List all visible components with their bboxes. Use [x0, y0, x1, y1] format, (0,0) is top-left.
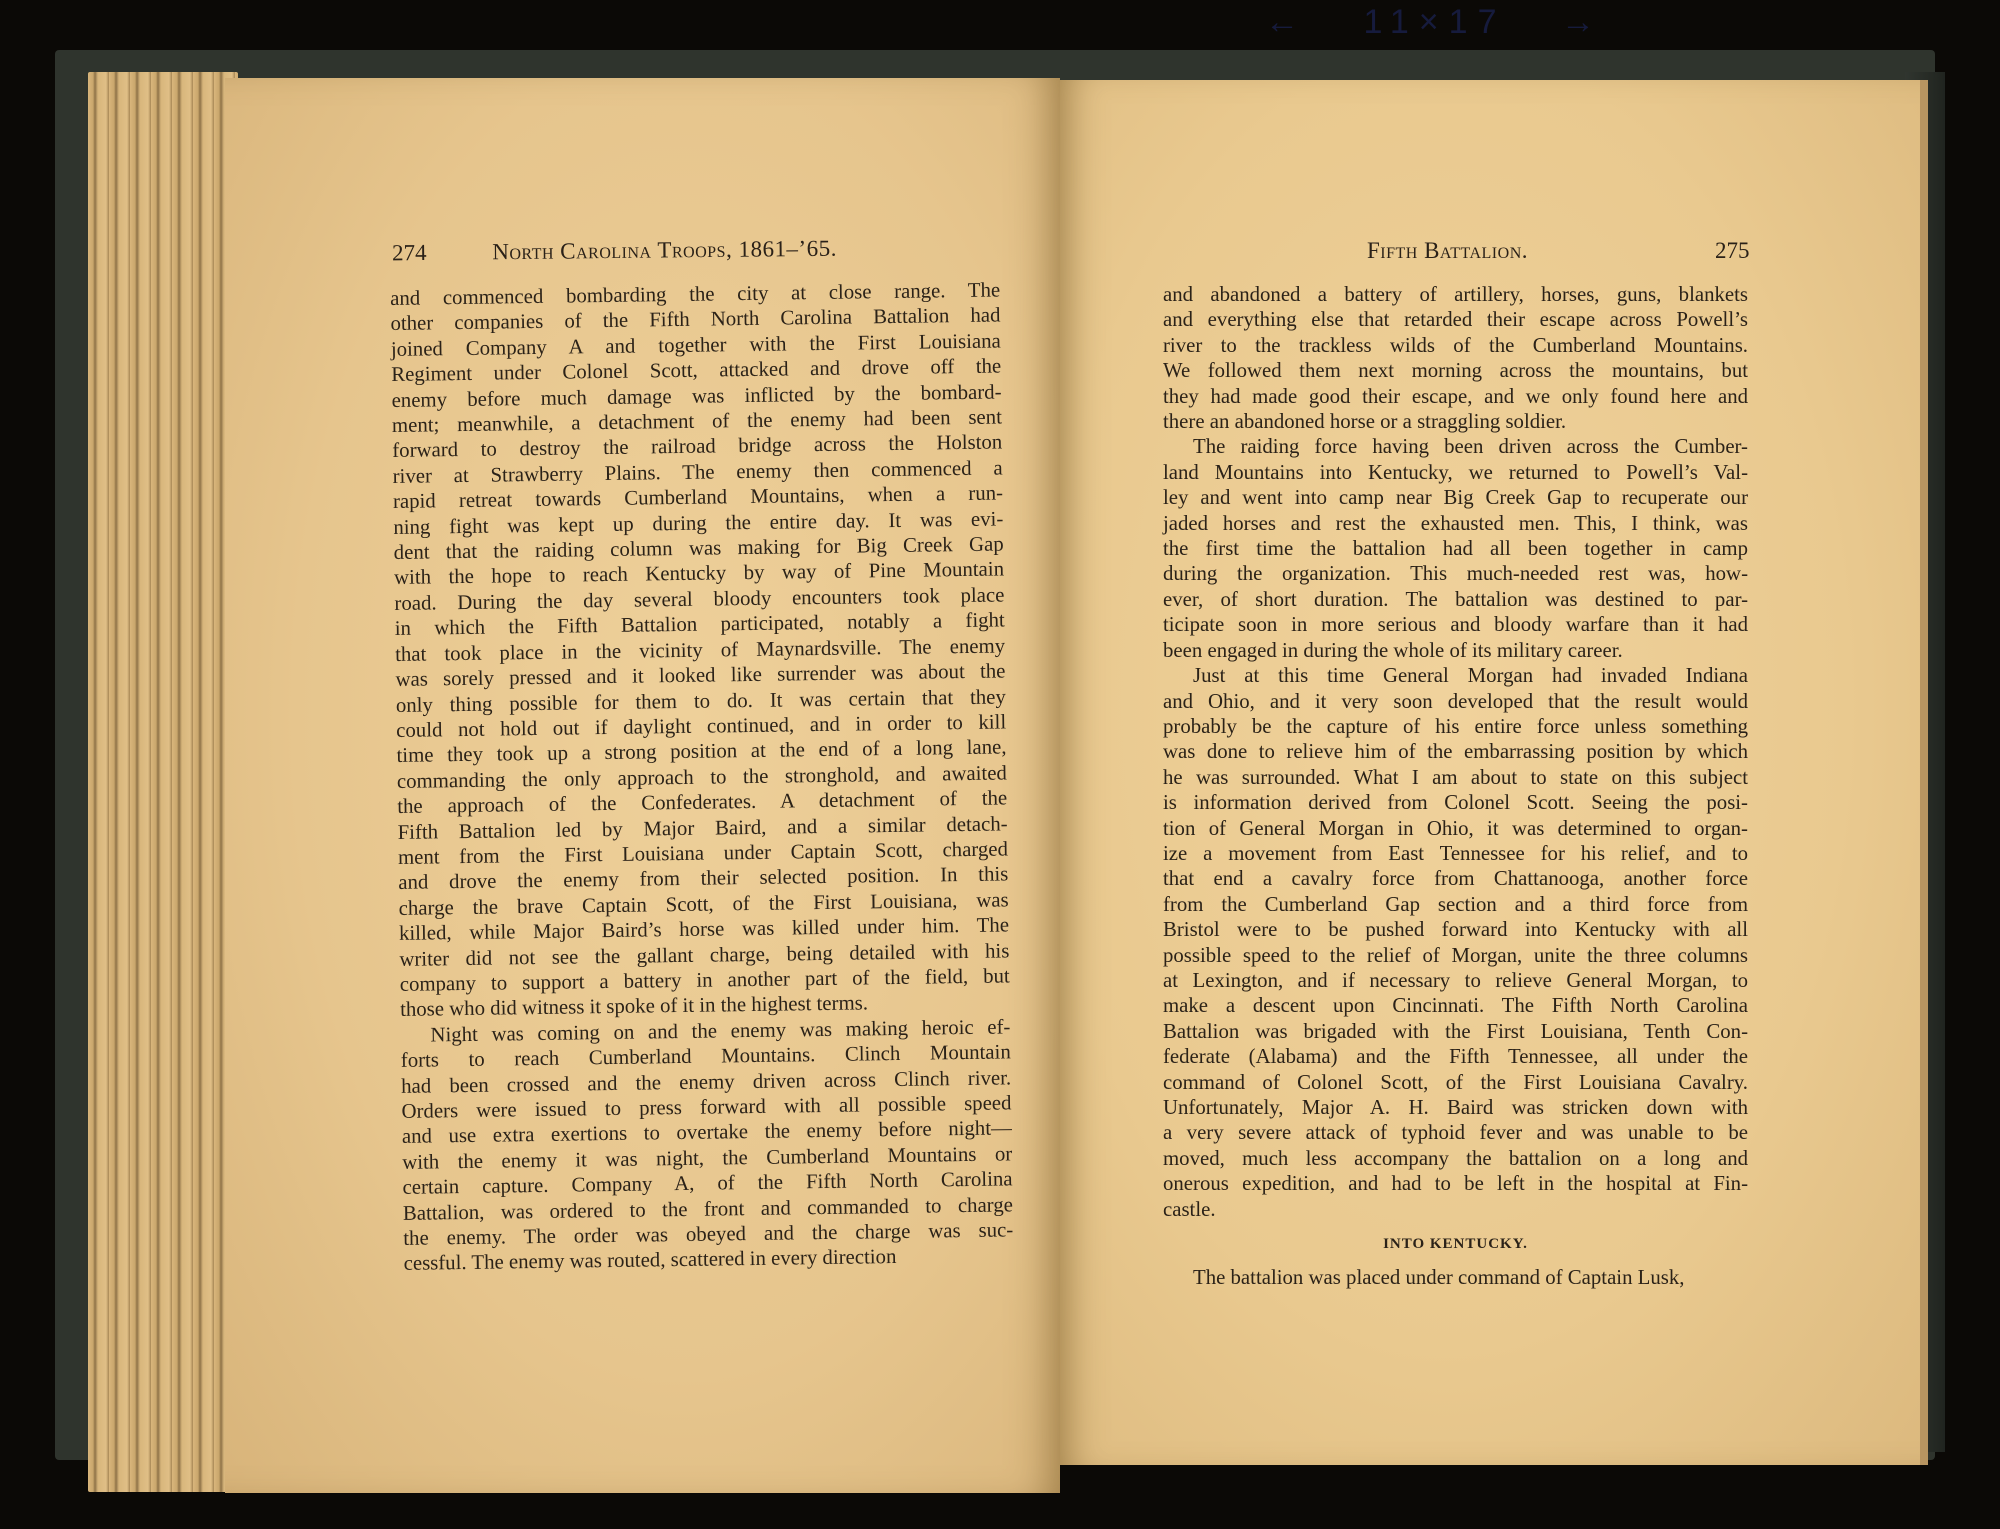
text-line: been engaged in during the whole of its … [1163, 638, 1748, 663]
left-running-head: 274 North Carolina Troops, 1861–’65. [392, 236, 837, 267]
arrow-left-icon: ← [1265, 3, 1309, 42]
paragraph: and commenced bombarding the city at clo… [390, 277, 1010, 1022]
text-line: onerous expedition, and had to be left i… [1163, 1171, 1748, 1196]
text-line: a very severe attack of typhoid fever an… [1163, 1120, 1748, 1145]
text-line: from the Cumberland Gap section and a th… [1163, 892, 1748, 917]
text-line: command of Colonel Scott, of the First L… [1163, 1070, 1748, 1095]
text-line: jaded horses and rest the exhausted men.… [1163, 511, 1748, 536]
paragraph: The raiding force having been driven acr… [1163, 434, 1748, 663]
text-line: ley and went into camp near Big Creek Ga… [1163, 485, 1748, 510]
text-line: the first time the battalion had all bee… [1163, 536, 1748, 561]
section-heading: INTO KENTUCKY. [1163, 1232, 1748, 1257]
text-line: ize a movement from East Tennessee for h… [1163, 841, 1748, 866]
text-line: We followed them next morning across the… [1163, 358, 1748, 383]
scan-size-mark: ← 11×17 → [1265, 4, 1605, 40]
text-line: Unfortunately, Major A. H. Baird was str… [1163, 1095, 1748, 1120]
right-running-title: Fifth Battalion. [1367, 238, 1528, 263]
text-line: was done to relieve him of the embarrass… [1163, 739, 1748, 764]
text-line: during the organization. This much-neede… [1163, 561, 1748, 586]
paragraph: Night was coming on and the enemy was ma… [400, 1014, 1013, 1277]
text-line: moved, much less accompany the battalion… [1163, 1146, 1748, 1171]
text-line: land Mountains into Kentucky, we returne… [1163, 460, 1748, 485]
paragraph: The battalion was placed under command o… [1163, 1265, 1748, 1290]
text-line: at Lexington, and if necessary to reliev… [1163, 968, 1748, 993]
text-line: they had made good their escape, and we … [1163, 384, 1748, 409]
text-line: and everything else that retarded their … [1163, 307, 1748, 332]
right-page-body: and abandoned a battery of artillery, ho… [1163, 282, 1748, 1291]
text-line: federate (Alabama) and the Fifth Tenness… [1163, 1044, 1748, 1069]
text-line: and abandoned a battery of artillery, ho… [1163, 282, 1748, 307]
page-stack-edge [88, 72, 238, 1492]
arrow-right-icon: → [1561, 3, 1605, 42]
text-line: Just at this time General Morgan had inv… [1163, 663, 1748, 688]
text-line: that end a cavalry force from Chattanoog… [1163, 866, 1748, 891]
text-line: there an abandoned horse or a straggling… [1163, 409, 1748, 434]
paragraph: and abandoned a battery of artillery, ho… [1163, 282, 1748, 434]
left-page-number: 274 [392, 240, 427, 265]
text-line: he was surrounded. What I am about to st… [1163, 765, 1748, 790]
right-running-head: Fifth Battalion. [1367, 238, 1528, 264]
left-page-body: and commenced bombarding the city at clo… [390, 277, 1014, 1276]
text-line: Battalion was brigaded with the First Lo… [1163, 1019, 1748, 1044]
text-line: ever, of short duration. The battalion w… [1163, 587, 1748, 612]
text-line: probably be the capture of his entire fo… [1163, 714, 1748, 739]
paragraph: Just at this time General Morgan had inv… [1163, 663, 1748, 1222]
right-page-number: 275 [1715, 238, 1750, 264]
text-line: and Ohio, and it very soon developed tha… [1163, 689, 1748, 714]
text-line: make a descent upon Cincinnati. The Fift… [1163, 993, 1748, 1018]
scan-size-label: 11×17 [1364, 3, 1507, 42]
text-line: The battalion was placed under command o… [1163, 1265, 1748, 1290]
left-running-title: North Carolina Troops, 1861–’65. [492, 236, 837, 265]
text-line: tion of General Morgan in Ohio, it was d… [1163, 816, 1748, 841]
text-line: possible speed to the relief of Morgan, … [1163, 943, 1748, 968]
text-line: The raiding force having been driven acr… [1163, 434, 1748, 459]
text-line: Bristol were to be pushed forward into K… [1163, 917, 1748, 942]
text-line: river to the trackless wilds of the Cumb… [1163, 333, 1748, 358]
text-line: castle. [1163, 1197, 1748, 1222]
text-line: ticipate soon in more serious and bloody… [1163, 612, 1748, 637]
text-line: is information derived from Colonel Scot… [1163, 790, 1748, 815]
